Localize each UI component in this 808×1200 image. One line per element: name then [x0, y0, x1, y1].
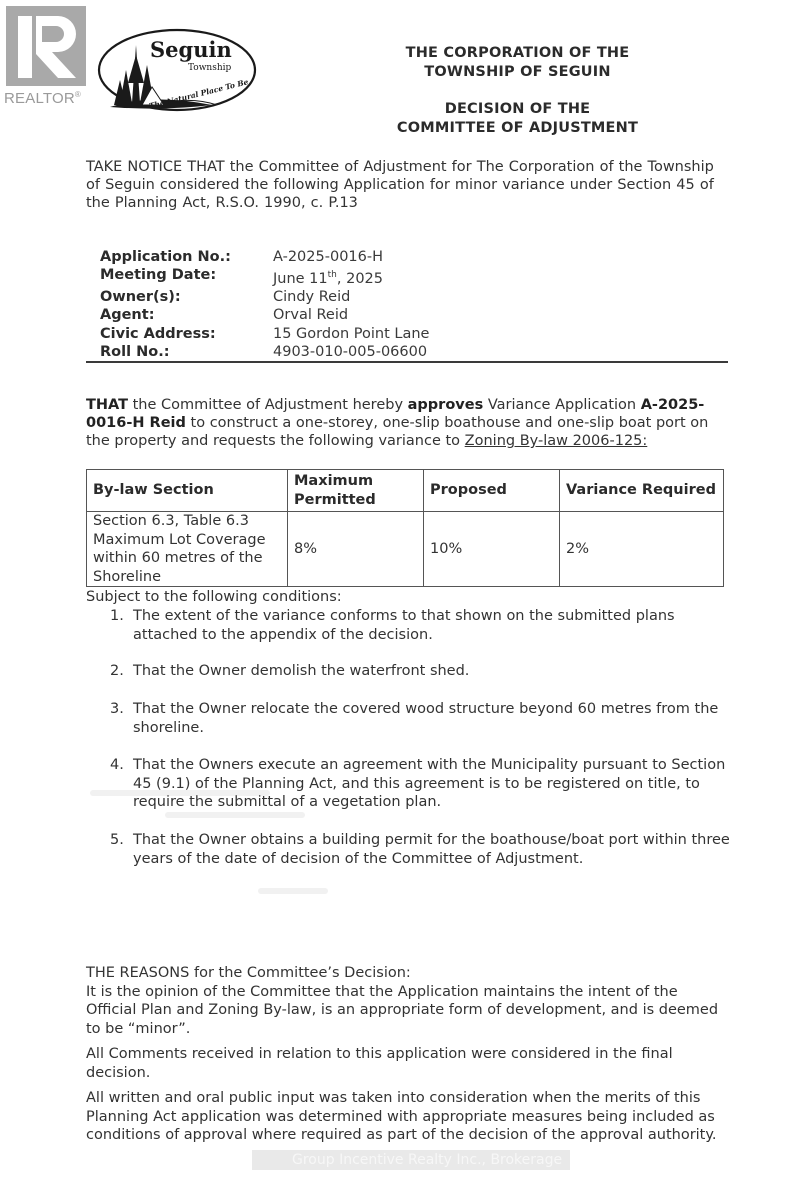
info-row: Owner(s): Cindy Reid — [100, 288, 429, 306]
table-cell: 2% — [560, 512, 724, 587]
reasons-paragraph: All Comments received in relation to thi… — [86, 1045, 726, 1082]
info-value: A-2025-0016-H — [273, 248, 383, 266]
condition-item: 3. That the Owner relocate the covered w… — [110, 700, 730, 737]
condition-item: 5. That the Owner obtains a building per… — [110, 831, 730, 868]
reasons-section: THE REASONS for the Committee’s Decision… — [86, 964, 726, 1145]
subtitle-line: COMMITTEE OF ADJUSTMENT — [360, 119, 675, 138]
info-label: Roll No.: — [100, 343, 273, 361]
info-label: Meeting Date: — [100, 266, 273, 288]
condition-item: 2. That the Owner demolish the waterfron… — [110, 662, 730, 681]
condition-text: That the Owner obtains a building permit… — [133, 831, 730, 868]
section-divider — [86, 361, 728, 363]
info-value: June 11th, 2025 — [273, 266, 383, 288]
condition-text: That the Owner demolish the waterfront s… — [133, 662, 730, 681]
info-row: Application No.: A-2025-0016-H — [100, 248, 429, 266]
reasons-paragraph: It is the opinion of the Committee that … — [86, 983, 726, 1039]
condition-item: 4. That the Owners execute an agreement … — [110, 756, 730, 812]
info-value: 15 Gordon Point Lane — [273, 325, 429, 343]
condition-item: 1. The extent of the variance conforms t… — [110, 607, 730, 644]
title-line: THE CORPORATION OF THE — [360, 44, 675, 63]
variance-table: By-law Section Maximum Permitted Propose… — [86, 469, 724, 587]
document-subtitle: DECISION OF THE COMMITTEE OF ADJUSTMENT — [360, 100, 675, 138]
table-cell: 10% — [424, 512, 560, 587]
table-header-row: By-law Section Maximum Permitted Propose… — [87, 470, 724, 512]
condition-number: 3. — [110, 700, 133, 737]
township-logo-name: Seguin — [150, 37, 232, 62]
brokerage-watermark: Group Incentive Realty Inc., Brokerage — [252, 1150, 570, 1170]
approval-paragraph: THAT the Committee of Adjustment hereby … — [86, 396, 726, 450]
table-header: By-law Section — [87, 470, 288, 512]
application-info: Application No.: A-2025-0016-H Meeting D… — [100, 248, 429, 361]
info-label: Owner(s): — [100, 288, 273, 306]
township-logo-sub: Township — [188, 63, 231, 73]
scan-artifact — [165, 812, 305, 818]
info-label: Civic Address: — [100, 325, 273, 343]
realtor-logo — [6, 6, 86, 86]
info-label: Application No.: — [100, 248, 273, 266]
condition-text: That the Owner relocate the covered wood… — [133, 700, 730, 737]
reasons-heading: THE REASONS for the Committee’s Decision… — [86, 964, 726, 983]
info-value: 4903-010-005-06600 — [273, 343, 427, 361]
condition-number: 2. — [110, 662, 133, 681]
info-row: Civic Address: 15 Gordon Point Lane — [100, 325, 429, 343]
info-value: Cindy Reid — [273, 288, 350, 306]
info-row: Agent: Orval Reid — [100, 306, 429, 324]
realtor-r-icon — [6, 6, 86, 86]
notice-paragraph: TAKE NOTICE THAT the Committee of Adjust… — [86, 158, 726, 212]
condition-text: The extent of the variance conforms to t… — [133, 607, 730, 644]
subtitle-line: DECISION OF THE — [360, 100, 675, 119]
condition-number: 5. — [110, 831, 133, 868]
title-line: TOWNSHIP OF SEGUIN — [360, 63, 675, 82]
table-header: Variance Required — [560, 470, 724, 512]
document-title: THE CORPORATION OF THE TOWNSHIP OF SEGUI… — [360, 44, 675, 82]
table-header: Proposed — [424, 470, 560, 512]
realtor-wordmark: REALTOR® — [4, 90, 81, 107]
condition-number: 1. — [110, 607, 133, 644]
scan-artifact — [258, 888, 328, 894]
table-header: Maximum Permitted — [288, 470, 424, 512]
table-row: Section 6.3, Table 6.3 Maximum Lot Cover… — [87, 512, 724, 587]
info-value: Orval Reid — [273, 306, 348, 324]
table-cell: Section 6.3, Table 6.3 Maximum Lot Cover… — [87, 512, 288, 587]
info-row: Meeting Date: June 11th, 2025 — [100, 266, 429, 288]
scan-artifact — [90, 790, 270, 796]
conditions-intro: Subject to the following conditions: — [86, 588, 726, 606]
info-row: Roll No.: 4903-010-005-06600 — [100, 343, 429, 361]
table-cell: 8% — [288, 512, 424, 587]
reasons-paragraph: All written and oral public input was ta… — [86, 1089, 726, 1145]
condition-number: 4. — [110, 756, 133, 812]
info-label: Agent: — [100, 306, 273, 324]
condition-text: That the Owners execute an agreement wit… — [133, 756, 730, 812]
